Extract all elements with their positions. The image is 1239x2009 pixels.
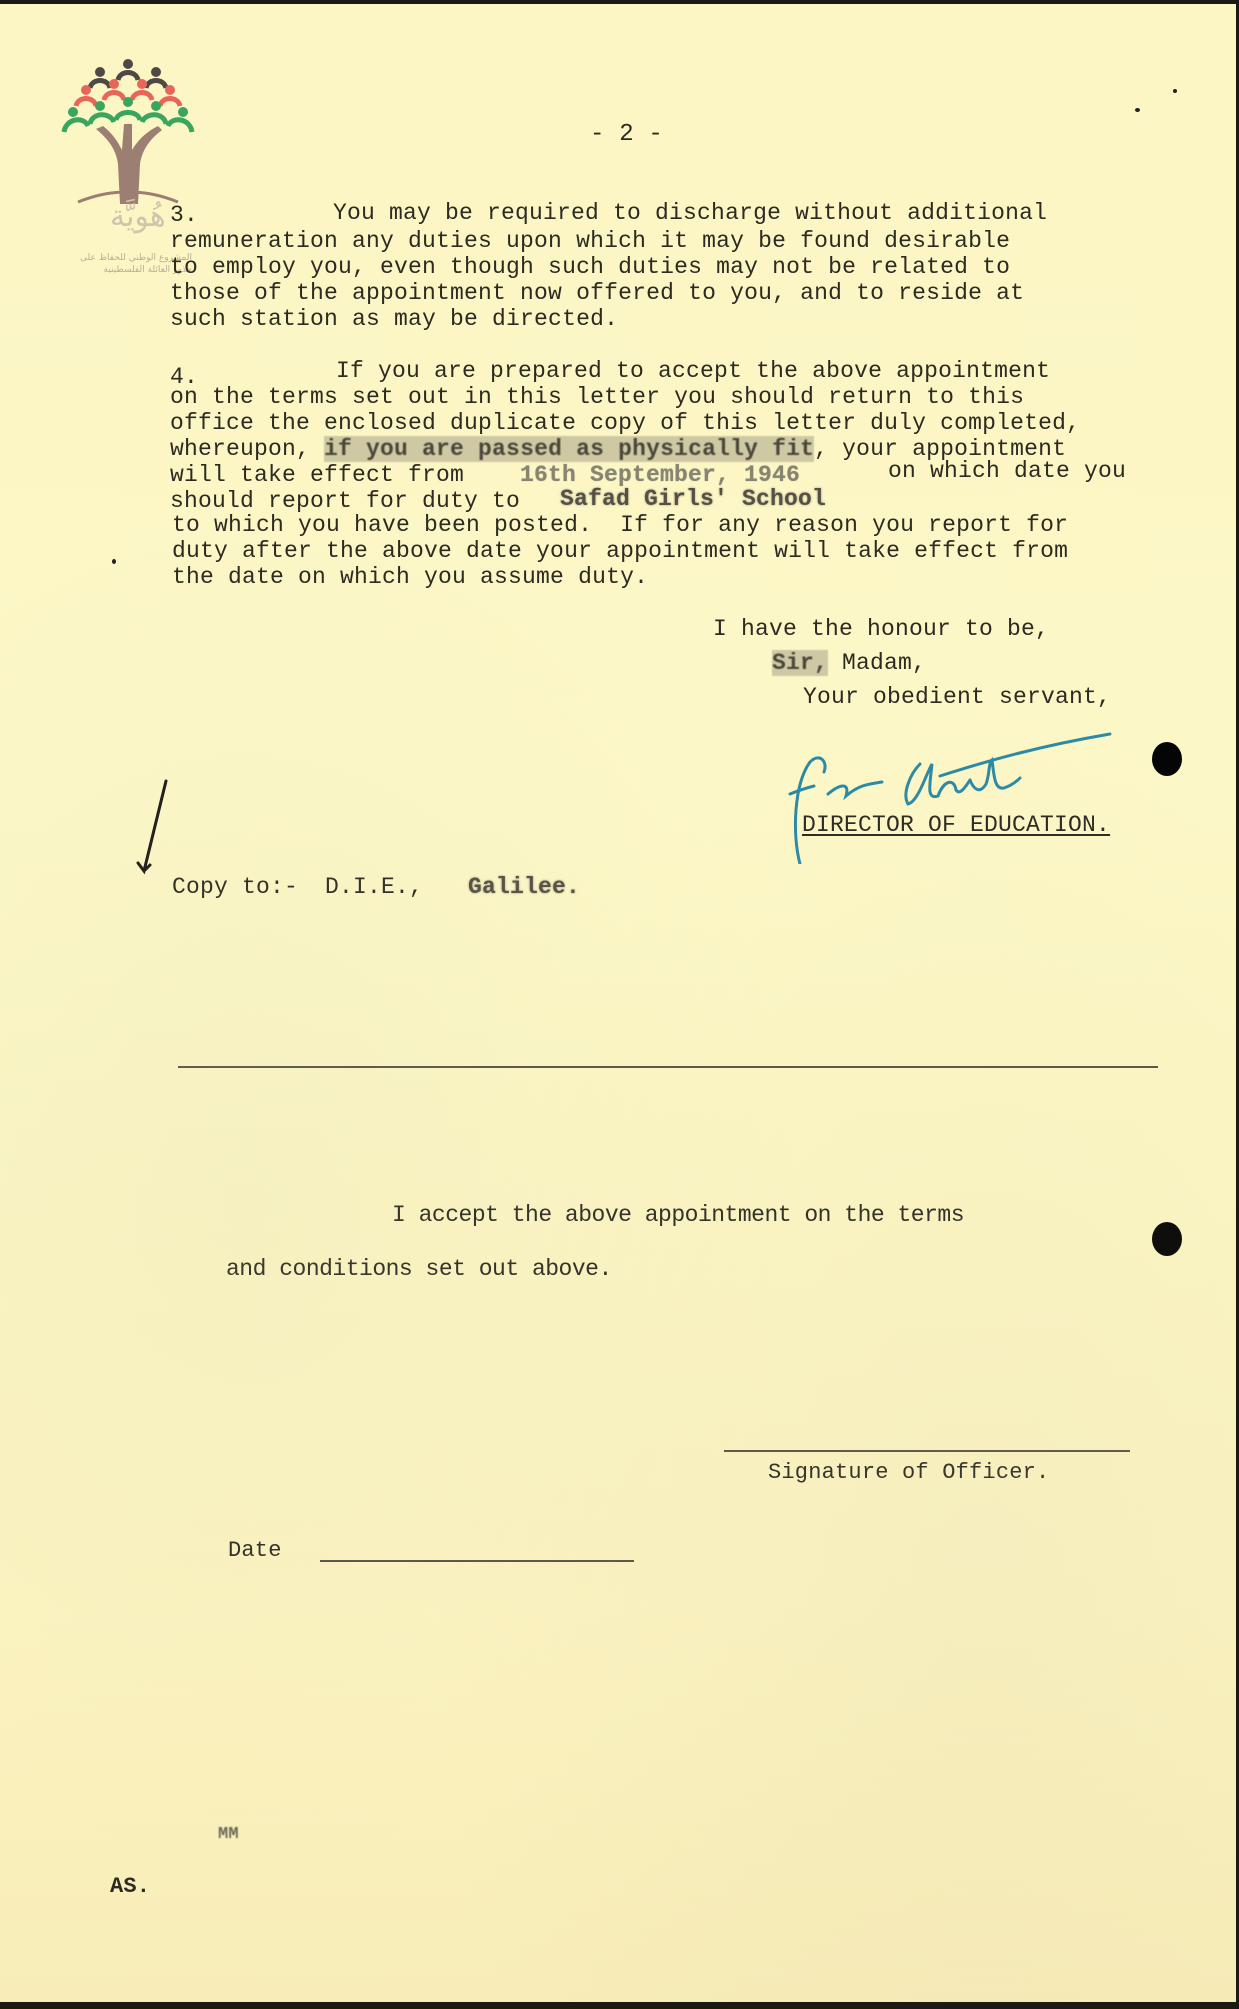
paragraph-4-line: duty after the above date your appointme… xyxy=(172,538,1068,565)
letter-page: هُويَّة المشروع الوطني للحفاظ على جذور ا… xyxy=(0,4,1236,2002)
page-number: - 2 - xyxy=(590,122,663,149)
paragraph-4-line: on the terms set out in this letter you … xyxy=(170,384,1024,411)
date-label: Date xyxy=(228,1538,282,1565)
paper-speck xyxy=(112,559,116,564)
copy-to-recipient: D.I.E., xyxy=(325,874,423,901)
initials-stamp: MM xyxy=(218,1822,239,1849)
paper-speck xyxy=(1173,89,1177,93)
officer-signature-field[interactable] xyxy=(724,1450,1130,1452)
paragraph-3-line: to employ you, even though such duties m… xyxy=(170,254,1010,281)
paragraph-4-line: the date on which you assume duty. xyxy=(172,564,648,591)
copy-to-label: Copy to:- xyxy=(172,874,298,901)
school-name: Safad Girls' School xyxy=(560,486,826,513)
paragraph-4-line: If you are prepared to accept the above … xyxy=(336,358,1050,385)
paragraph-3-line: remuneration any duties upon which it ma… xyxy=(170,228,1010,255)
punch-hole xyxy=(1152,1222,1182,1256)
effective-date: 16th September, 1946 xyxy=(520,462,800,489)
acceptance-line: and conditions set out above. xyxy=(226,1256,612,1283)
paragraph-3-number: 3. xyxy=(170,202,198,229)
struck-out-clause: if you are passed as physically fit xyxy=(324,436,814,462)
tree-of-people-icon xyxy=(58,54,198,204)
paper-speck xyxy=(1135,108,1140,112)
signatory-title: DIRECTOR OF EDUCATION. xyxy=(802,812,1110,839)
section-divider xyxy=(178,1066,1158,1068)
date-field[interactable] xyxy=(320,1560,634,1562)
paragraph-4-line: to which you have been posted. If for an… xyxy=(172,512,1068,539)
punch-hole xyxy=(1152,742,1182,776)
paragraph-3-line: You may be required to discharge without… xyxy=(333,200,1047,227)
check-mark-icon xyxy=(130,779,170,879)
whereupon-text: whereupon, xyxy=(170,436,324,462)
officer-signature-label: Signature of Officer. xyxy=(768,1460,1049,1487)
acceptance-line: I accept the above appointment on the te… xyxy=(392,1202,964,1229)
paragraph-4-line: office the enclosed duplicate copy of th… xyxy=(170,410,1080,437)
closing-servant: Your obedient servant, xyxy=(803,684,1111,711)
paragraph-4-line: will take effect from xyxy=(170,462,464,489)
salutation-line: Sir, Madam, xyxy=(772,650,926,677)
copy-to-district: Galilee. xyxy=(468,874,580,901)
struck-salutation: Sir, xyxy=(772,650,828,676)
paragraph-3-line: those of the appointment now offered to … xyxy=(170,280,1024,307)
logo-wordmark: هُويَّة xyxy=(110,199,166,234)
typist-initials: AS. xyxy=(110,1874,150,1901)
handwritten-signature xyxy=(770,724,1130,864)
paragraph-4-line: should report for duty to xyxy=(170,488,520,515)
closing-honour: I have the honour to be, xyxy=(713,616,1049,643)
salutation: Madam, xyxy=(842,650,926,676)
paragraph-4-line: on which date you xyxy=(888,458,1126,485)
paragraph-3-line: such station as may be directed. xyxy=(170,306,618,333)
